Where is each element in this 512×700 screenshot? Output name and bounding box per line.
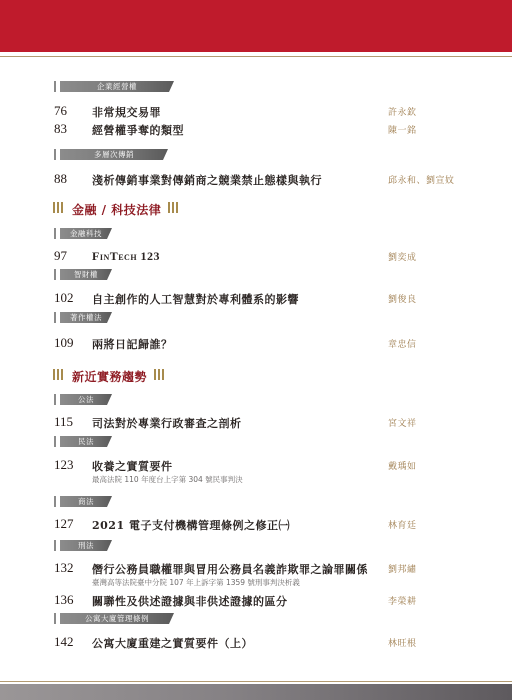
toc-entry[interactable]: 132 僭行公務員職權罪與冒用公務員名義詐欺罪之論罪關係 劉邦繡 臺灣高等法院臺… (54, 560, 474, 576)
toc-entry[interactable]: 123 收養之實質要件 戴瑀如 最高法院 110 年度台上字第 304 號民事判… (54, 457, 474, 473)
article-title[interactable]: 司法對於專業行政審查之剖析 (92, 415, 242, 431)
article-author: 章忠信 (388, 337, 417, 350)
top-color-band (0, 0, 512, 52)
article-subtitle: 最高法院 110 年度台上字第 304 號民事判決 (92, 474, 243, 485)
article-author: 宮文祥 (388, 416, 417, 429)
article-author: 陳一銘 (388, 123, 417, 136)
article-author: 林育廷 (388, 518, 417, 531)
article-author: 許永欽 (388, 105, 417, 118)
top-divider-gold (0, 56, 512, 57)
category-tag-commercial-law: 商法 (54, 496, 112, 507)
article-title[interactable]: 淺析傳銷事業對傳銷商之競業禁止態樣與執行 (92, 172, 322, 188)
bottom-divider-gold (0, 681, 512, 682)
category-tag-corporate-control: 企業經營權 (54, 81, 174, 92)
section-header-recent-practice: 新近實務趨勢 (53, 368, 166, 384)
toc-entry[interactable]: 136 關聯性及供述證據與非供述證據的區分 李榮耕 (54, 592, 474, 608)
page-number: 142 (54, 634, 74, 650)
article-author: 邱永和、劉宣妏 (388, 173, 455, 186)
page-number: 97 (54, 248, 67, 264)
toc-entry[interactable]: 142 公寓大廈重建之實質要件（上） 林旺根 (54, 634, 474, 650)
tag-label: 民法 (60, 436, 112, 447)
section-marks-icon (53, 202, 65, 216)
tag-label: 商法 (60, 496, 112, 507)
category-tag-fintech: 金融科技 (54, 228, 112, 239)
article-title[interactable]: 2021 電子支付機構管理條例之修正㈠ (92, 517, 290, 533)
toc-entry[interactable]: 83 經營權爭奪的類型 陳一銘 (54, 121, 474, 137)
toc-entry[interactable]: 97 FinTech 123 劉奕成 (54, 248, 474, 264)
tag-marker-bar (54, 613, 56, 624)
tag-label: 智財權 (60, 269, 112, 280)
toc-entry[interactable]: 88 淺析傳銷事業對傳銷商之競業禁止態樣與執行 邱永和、劉宣妏 (54, 171, 474, 187)
tag-marker-bar (54, 228, 56, 239)
article-author: 李榮耕 (388, 594, 417, 607)
toc-entry[interactable]: 127 2021 電子支付機構管理條例之修正㈠ 林育廷 (54, 516, 474, 532)
tag-marker-bar (54, 394, 56, 405)
page-number: 109 (54, 335, 74, 351)
category-tag-ip: 智財權 (54, 269, 112, 280)
category-tag-public-law: 公法 (54, 394, 112, 405)
toc-entry[interactable]: 76 非常規交易罪 許永欽 (54, 103, 474, 119)
category-tag-criminal-law: 刑法 (54, 540, 112, 551)
page-number: 88 (54, 171, 67, 187)
tag-marker-bar (54, 540, 56, 551)
tag-marker-bar (54, 81, 56, 92)
tag-marker-bar (54, 269, 56, 280)
section-heading: 新近實務趨勢 (72, 368, 147, 385)
tag-marker-bar (54, 312, 56, 323)
tag-label: 公法 (60, 394, 112, 405)
top-divider-white (0, 52, 512, 54)
category-tag-mlm: 多層次傳銷 (54, 149, 168, 160)
section-marks-icon (53, 369, 65, 383)
article-title[interactable]: 收養之實質要件 (92, 458, 173, 474)
page-number: 115 (54, 414, 73, 430)
bottom-gray-band (0, 684, 512, 700)
page-number: 76 (54, 103, 67, 119)
section-header-finance-tech: 金融 / 科技法律 (53, 201, 180, 217)
tag-label: 企業經營權 (60, 81, 174, 92)
page-number: 102 (54, 290, 74, 306)
article-title[interactable]: 經營權爭奪的類型 (92, 122, 184, 138)
article-title[interactable]: 非常規交易罪 (92, 104, 161, 120)
page-number: 127 (54, 516, 74, 532)
category-tag-condominium-act: 公寓大廈管理條例 (54, 613, 174, 624)
tag-label: 刑法 (60, 540, 112, 551)
tag-marker-bar (54, 496, 56, 507)
category-tag-civil-law: 民法 (54, 436, 112, 447)
toc-entry[interactable]: 102 自主創作的人工智慧對於專利體系的影響 劉俊良 (54, 290, 474, 306)
tag-label: 著作權法 (60, 312, 112, 323)
article-title[interactable]: 關聯性及供述證據與非供述證據的區分 (92, 593, 288, 609)
section-marks-icon (154, 369, 166, 383)
article-author: 劉俊良 (388, 292, 417, 305)
article-title[interactable]: 自主創作的人工智慧對於專利體系的影響 (92, 291, 299, 307)
tag-label: 公寓大廈管理條例 (60, 613, 174, 624)
article-title[interactable]: 公寓大廈重建之實質要件（上） (92, 635, 253, 651)
article-author: 戴瑀如 (388, 459, 417, 472)
page-number: 132 (54, 560, 74, 576)
toc-entry[interactable]: 109 兩將日記歸誰？ 章忠信 (54, 335, 474, 351)
section-marks-icon (168, 202, 180, 216)
toc-entry[interactable]: 115 司法對於專業行政審查之剖析 宮文祥 (54, 414, 474, 430)
article-title[interactable]: 僭行公務員職權罪與冒用公務員名義詐欺罪之論罪關係 (92, 561, 368, 577)
tag-marker-bar (54, 436, 56, 447)
article-title[interactable]: FinTech 123 (92, 249, 160, 264)
tag-label: 金融科技 (60, 228, 112, 239)
tag-label: 多層次傳銷 (60, 149, 168, 160)
page-number: 136 (54, 592, 74, 608)
section-heading: 金融 / 科技法律 (72, 201, 161, 218)
article-author: 劉奕成 (388, 250, 417, 263)
article-title[interactable]: 兩將日記歸誰？ (92, 336, 173, 352)
article-author: 林旺根 (388, 636, 417, 649)
page-number: 123 (54, 457, 74, 473)
category-tag-copyright: 著作權法 (54, 312, 112, 323)
tag-marker-bar (54, 149, 56, 160)
article-author: 劉邦繡 (388, 562, 417, 575)
page-number: 83 (54, 121, 67, 137)
article-subtitle: 臺灣高等法院臺中分院 107 年上訴字第 1359 號刑事判決析義 (92, 577, 300, 588)
